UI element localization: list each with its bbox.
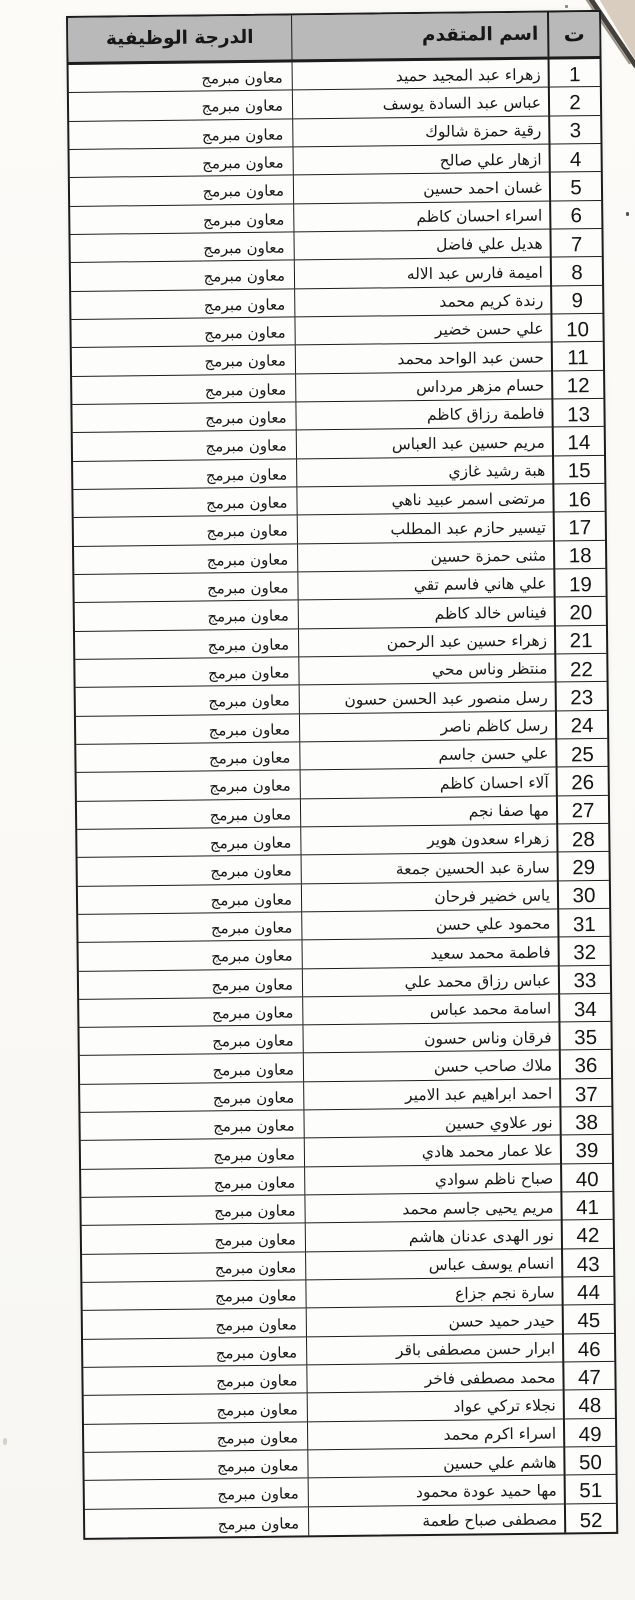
row-grade: معاون مبرمج — [83, 1365, 306, 1395]
row-grade: معاون مبرمج — [71, 261, 294, 291]
row-index: 19 — [553, 569, 605, 597]
row-index: 18 — [553, 540, 605, 568]
row-index: 40 — [560, 1164, 612, 1192]
row-index: 13 — [551, 399, 603, 427]
row-name: حسن عبد الواحد محمد — [295, 343, 551, 373]
row-name: ياس خضير فرحان — [301, 881, 557, 911]
row-grade: معاون مبرمج — [77, 827, 300, 857]
row-grade: معاون مبرمج — [76, 742, 299, 772]
row-index: 39 — [560, 1135, 612, 1163]
row-grade: معاون مبرمج — [75, 629, 298, 659]
row-name: انسام يوسف عباس — [305, 1249, 561, 1279]
row-grade: معاون مبرمج — [79, 997, 302, 1027]
ink-speck — [626, 212, 629, 216]
row-name: سارة عبد الحسين جمعة — [301, 853, 557, 883]
row-name: صباح ناظم سوادي — [304, 1164, 560, 1194]
row-name: مريم حسين عبد العباس — [296, 428, 552, 458]
row-grade: معاون مبرمج — [82, 1252, 305, 1282]
row-name: زهراء سعدون هوير — [300, 824, 556, 854]
row-name: رندة كريم محمد — [294, 286, 550, 316]
row-name: مها صفا نجم — [300, 796, 556, 826]
row-grade: معاون مبرمج — [82, 1280, 305, 1310]
row-index: 46 — [562, 1334, 614, 1362]
row-grade: معاون مبرمج — [84, 1422, 307, 1452]
row-grade: معاون مبرمج — [73, 431, 296, 461]
row-name: مها حميد عودة محمود — [308, 1476, 564, 1506]
row-index: 17 — [553, 512, 605, 540]
row-grade: معاون مبرمج — [69, 91, 292, 121]
row-index: 4 — [548, 144, 600, 172]
row-grade: معاون مبرمج — [77, 771, 300, 801]
row-index: 32 — [557, 937, 609, 965]
row-name: حيدر حميد حسن — [306, 1306, 562, 1336]
row-name: سارة نجم جزاع — [305, 1278, 561, 1308]
row-index: 45 — [562, 1305, 614, 1333]
row-name: علي هاني فاسم تقي — [297, 569, 553, 599]
row-grade: معاون مبرمج — [73, 487, 296, 517]
row-name: ابرار حسن مصطفى باقر — [306, 1334, 562, 1364]
row-index: 26 — [556, 767, 608, 795]
row-index: 33 — [558, 965, 610, 993]
row-name: رسل كاظم ناصر — [299, 711, 555, 741]
header-applicant-name-cell: اسم المتقدم — [291, 13, 547, 60]
row-grade: معاون مبرمج — [80, 1054, 303, 1084]
row-grade: معاون مبرمج — [76, 686, 299, 716]
row-grade: معاون مبرمج — [85, 1479, 308, 1509]
row-grade: معاون مبرمج — [79, 969, 302, 999]
row-name: مريم يحيى جاسم محمد — [304, 1193, 560, 1223]
row-name: رقية حمزة شالوك — [292, 116, 548, 146]
ink-speck — [3, 1438, 7, 1445]
row-name: آلاء احسان كاظم — [300, 768, 556, 798]
row-index: 2 — [548, 87, 600, 115]
ink-speck — [565, 5, 568, 8]
row-index: 16 — [552, 484, 604, 512]
row-index: 23 — [555, 682, 607, 710]
row-name: عباس رزاق محمد علي — [302, 966, 558, 996]
row-name: تيسير حازم عبد المطلب — [297, 513, 553, 543]
row-index: 14 — [552, 427, 604, 455]
row-grade: معاون مبرمج — [74, 516, 297, 546]
row-index: 15 — [552, 456, 604, 484]
row-grade: معاون مبرمج — [69, 62, 292, 92]
row-name: زهراء حسين عبد الرحمن — [298, 626, 554, 656]
applicants-table: ت اسم المتقدم الدرجة الوظيفية 1 زهراء عب… — [66, 10, 618, 1540]
row-name: اسامة محمد عباس — [302, 994, 558, 1024]
row-grade: معاون مبرمج — [85, 1507, 308, 1538]
row-name: منتظر وناس محي — [298, 654, 554, 684]
row-name: نور الهدى عدنان هاشم — [305, 1221, 561, 1251]
row-name: رسل منصور عبد الحسن حسون — [299, 683, 555, 713]
row-name: زهراء عبد المجيد حميد — [292, 60, 548, 90]
row-index: 30 — [557, 880, 609, 908]
row-grade: معاون مبرمج — [70, 147, 293, 177]
row-name: محمود علي حسن — [301, 909, 557, 939]
row-grade: معاون مبرمج — [83, 1309, 306, 1339]
row-index: 10 — [550, 314, 602, 342]
row-index: 7 — [549, 229, 601, 257]
row-name: غسان احمد حسين — [293, 173, 549, 203]
row-name: احمد ابراهيم عبد الامير — [303, 1079, 559, 1109]
row-grade: معاون مبرمج — [84, 1394, 307, 1424]
row-index: 8 — [550, 257, 602, 285]
row-grade: معاون مبرمج — [78, 912, 301, 942]
row-index: 36 — [559, 1050, 611, 1078]
row-grade: معاون مبرمج — [74, 572, 297, 602]
row-name: فاطمة رزاق كاظم — [295, 399, 551, 429]
row-grade: معاون مبرمج — [70, 232, 293, 262]
row-index: 12 — [551, 371, 603, 399]
row-name: نور علاوي حسين — [303, 1108, 559, 1138]
row-grade: معاون مبرمج — [79, 1026, 302, 1056]
row-name: اسراء اكرم محمد — [307, 1419, 563, 1449]
row-name: ملاك صاحب حسن — [303, 1051, 559, 1081]
row-name: عباس عبد السادة يوسف — [292, 88, 548, 118]
row-grade: معاون مبرمج — [70, 204, 293, 234]
row-index: 47 — [562, 1362, 614, 1390]
row-grade: معاون مبرمج — [81, 1195, 304, 1225]
row-grade: معاون مبرمج — [69, 119, 292, 149]
row-grade: معاون مبرمج — [72, 346, 295, 376]
row-index: 51 — [564, 1475, 616, 1503]
row-name: علي حسن جاسم — [299, 739, 555, 769]
row-name: ازهار علي صالح — [293, 145, 549, 175]
row-grade: معاون مبرمج — [73, 459, 296, 489]
row-name: هبة رشيد غازي — [296, 456, 552, 486]
row-grade: معاون مبرمج — [75, 657, 298, 687]
row-index: 1 — [548, 59, 600, 87]
row-grade: معاون مبرمج — [74, 544, 297, 574]
row-name: مرتضى اسمر عبيد ناهي — [296, 484, 552, 514]
row-name: فيناس خالد كاظم — [298, 598, 554, 628]
row-grade: معاون مبرمج — [79, 941, 302, 971]
row-name: مثنى حمزة حسين — [297, 541, 553, 571]
scanned-document-page: ت اسم المتقدم الدرجة الوظيفية 1 زهراء عب… — [0, 0, 635, 1600]
row-index: 38 — [559, 1107, 611, 1135]
row-grade: معاون مبرمج — [76, 714, 299, 744]
row-index: 44 — [561, 1277, 613, 1305]
row-name: حسام مزهر مرداس — [295, 371, 551, 401]
row-name: مصطفى صباح طعمة — [308, 1504, 564, 1535]
table-body: 1 زهراء عبد المجيد حميد معاون مبرمج 2 عب… — [69, 59, 617, 1538]
row-name: هديل علي فاضل — [293, 229, 549, 259]
row-name: اسراء احسان كاظم — [293, 201, 549, 231]
row-grade: معاون مبرمج — [77, 799, 300, 829]
row-name: علي حسن خضير — [294, 314, 550, 344]
row-grade: معاون مبرمج — [83, 1337, 306, 1367]
row-grade: معاون مبرمج — [75, 601, 298, 631]
row-grade: معاون مبرمج — [71, 317, 294, 347]
row-grade: معاون مبرمج — [82, 1224, 305, 1254]
row-index: 35 — [558, 1022, 610, 1050]
row-grade: معاون مبرمج — [81, 1139, 304, 1169]
row-grade: معاون مبرمج — [84, 1450, 307, 1480]
row-index: 29 — [557, 852, 609, 880]
row-index: 49 — [563, 1419, 615, 1447]
row-index: 42 — [561, 1220, 613, 1248]
row-name: نجلاء تركي عواد — [307, 1391, 563, 1421]
row-index: 50 — [563, 1447, 615, 1475]
row-grade: معاون مبرمج — [71, 289, 294, 319]
row-grade: معاون مبرمج — [72, 402, 295, 432]
table-row: 52 مصطفى صباح طعمة معاون مبرمج — [85, 1504, 616, 1538]
row-name: محمد مصطفى فاخر — [306, 1363, 562, 1393]
row-index: 31 — [557, 909, 609, 937]
row-name: علا عمار محمد هادي — [304, 1136, 560, 1166]
row-index: 5 — [549, 172, 601, 200]
row-index: 24 — [555, 710, 607, 738]
row-name: فاطمة محمد سعيد — [302, 938, 558, 968]
row-grade: معاون مبرمج — [78, 884, 301, 914]
row-index: 3 — [548, 116, 600, 144]
row-index: 6 — [549, 201, 601, 229]
row-index: 52 — [564, 1504, 616, 1533]
row-index: 25 — [555, 739, 607, 767]
row-grade: معاون مبرمج — [81, 1167, 304, 1197]
row-index: 20 — [554, 597, 606, 625]
row-index: 21 — [554, 625, 606, 653]
table-header-row: ت اسم المتقدم الدرجة الوظيفية — [68, 12, 599, 65]
row-index: 22 — [554, 654, 606, 682]
row-index: 28 — [556, 824, 608, 852]
row-index: 43 — [561, 1249, 613, 1277]
row-name: فرقان وناس حسون — [302, 1023, 558, 1053]
row-index: 27 — [556, 795, 608, 823]
row-name: هاشم علي حسين — [307, 1448, 563, 1478]
row-grade: معاون مبرمج — [72, 374, 295, 404]
row-grade: معاون مبرمج — [80, 1082, 303, 1112]
row-grade: معاون مبرمج — [80, 1111, 303, 1141]
row-index: 9 — [550, 286, 602, 314]
header-index-cell: ت — [547, 12, 599, 57]
row-index: 11 — [551, 342, 603, 370]
row-index: 41 — [560, 1192, 612, 1220]
row-grade: معاون مبرمج — [78, 856, 301, 886]
row-index: 48 — [563, 1390, 615, 1418]
row-grade: معاون مبرمج — [70, 176, 293, 206]
header-job-grade-cell: الدرجة الوظيفية — [68, 15, 291, 62]
row-index: 34 — [558, 994, 610, 1022]
row-index: 37 — [559, 1079, 611, 1107]
row-name: اميمة فارس عبد الاله — [294, 258, 550, 288]
